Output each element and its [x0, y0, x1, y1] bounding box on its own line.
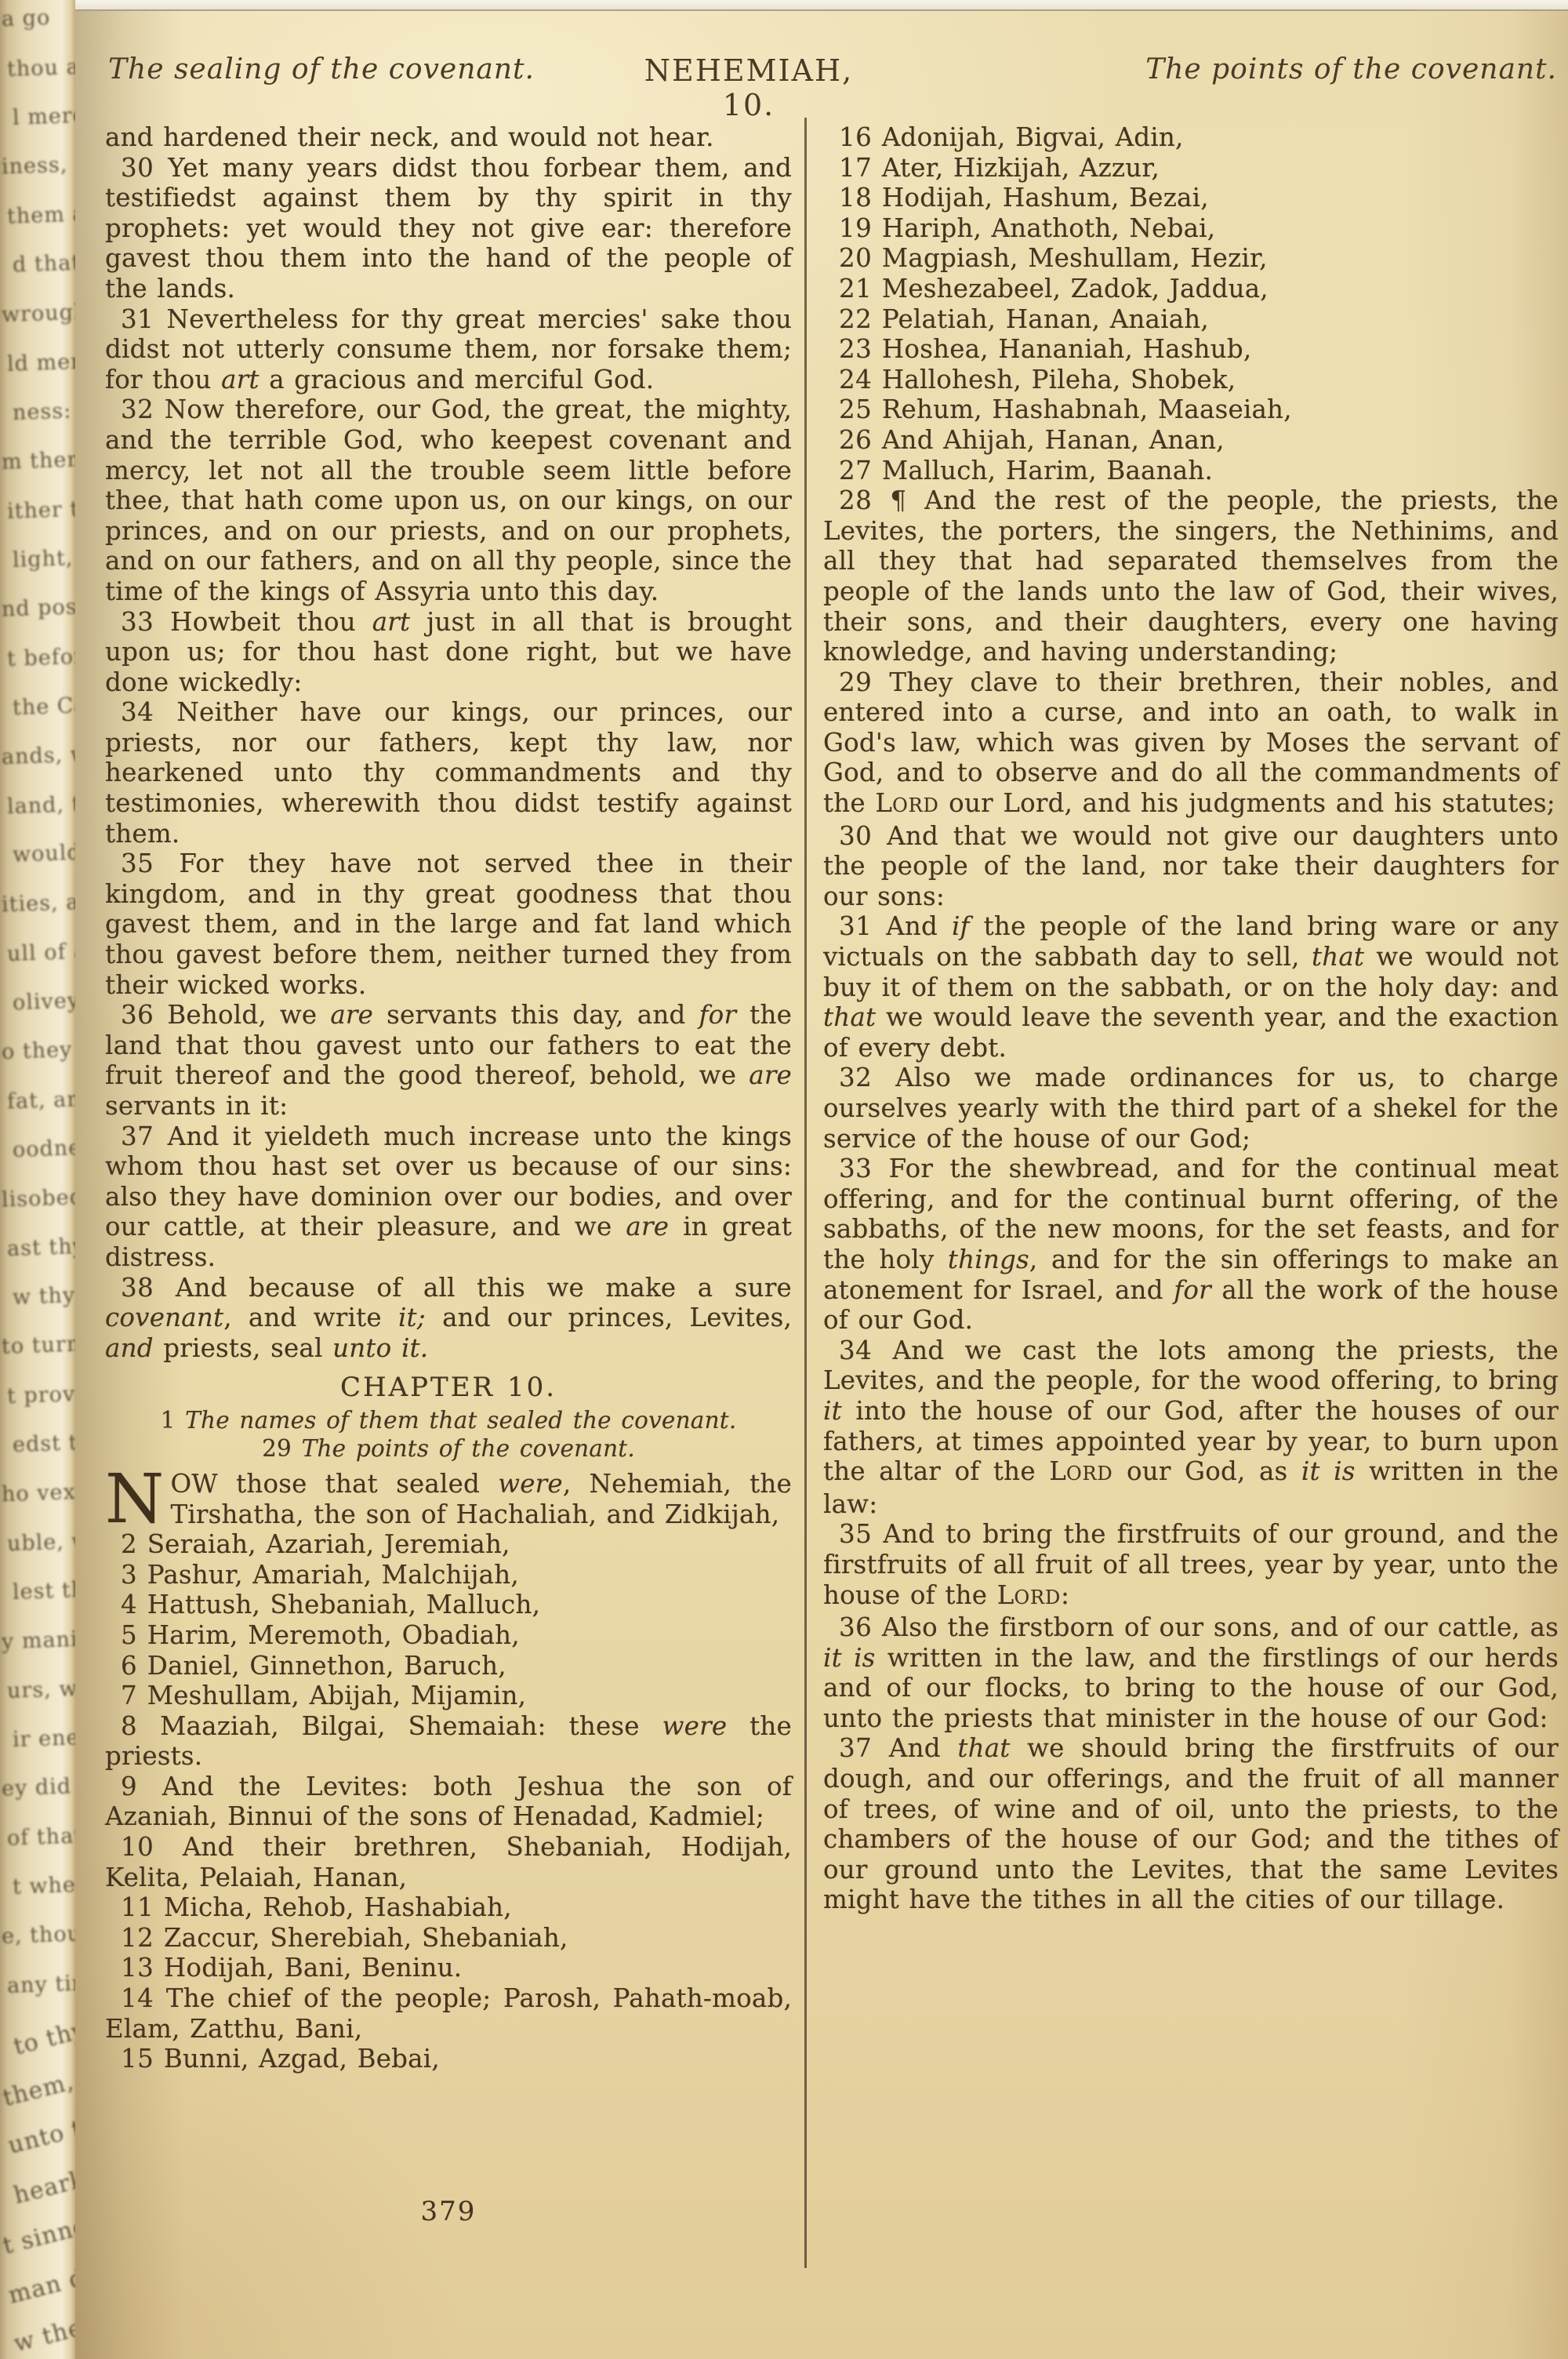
previous-page-text-fragment: the Cana	[12, 692, 75, 721]
previous-page-text-fragment: ast thy l	[6, 1234, 75, 1261]
previous-page-text-fragment: thou art	[6, 54, 75, 82]
verse-paragraph: NOW those that sealed were, Nehemiah, th…	[105, 1469, 792, 1529]
verse-number: 10	[121, 1832, 154, 1862]
verse-paragraph: 3 Pashur, Amariah, Malchijah,	[105, 1560, 792, 1590]
previous-page-text-fragment: e, thou	[1, 1921, 75, 1949]
previous-page-text-fragment: t before	[6, 644, 75, 671]
verse-number: 25	[839, 394, 872, 424]
verse-number: 37	[121, 1121, 154, 1151]
verse-paragraph: 25 Rehum, Hashabnah, Maaseiah,	[823, 394, 1559, 425]
previous-page-text-fragment: ey did	[1, 1774, 71, 1801]
verse-number: 29	[839, 667, 872, 697]
previous-page-text-fragment: w thy p	[12, 1282, 75, 1310]
verse-paragraph: 19 Hariph, Anathoth, Nebai,	[823, 213, 1559, 244]
verse-paragraph: 32 Now therefore, our God, the great, th…	[105, 394, 792, 606]
verse-number: 26	[839, 425, 872, 455]
verse-paragraph: 37 And that we should bring the firstfru…	[823, 1733, 1559, 1915]
column-divider	[804, 118, 807, 2268]
verse-paragraph: 26 And Ahijah, Hanan, Anan,	[823, 425, 1559, 456]
verse-number: 21	[839, 274, 872, 304]
verse-paragraph: 31 Nevertheless for thy great mercies' s…	[105, 304, 792, 395]
verse-number: 30	[121, 153, 154, 183]
verse-number: 23	[839, 334, 872, 364]
previous-page-text-fragment: hearkene	[11, 2154, 75, 2209]
verse-number: 38	[121, 1273, 154, 1303]
verse-paragraph: 23 Hoshea, Hananiah, Hashub,	[823, 334, 1559, 365]
previous-page-text-fragment: urs, wh	[6, 1676, 75, 1703]
verse-paragraph: 28 ¶ And the rest of the people, the pri…	[823, 485, 1559, 667]
verse-paragraph: 24 Hallohesh, Pileha, Shobek,	[823, 365, 1559, 395]
verse-number: 6	[121, 1651, 137, 1681]
verse-number: 20	[839, 243, 872, 273]
verse-number: 2	[121, 1529, 137, 1559]
verse-paragraph: 4 Hattush, Shebaniah, Malluch,	[105, 1590, 792, 1620]
drop-cap: N	[105, 1469, 170, 1527]
verse-number: 35	[121, 849, 154, 878]
previous-page-text-fragment: a go	[1, 5, 50, 31]
verse-number: 3	[121, 1560, 137, 1590]
verse-number: 9	[121, 1772, 137, 1801]
previous-page-text-fragment: oliveyard	[13, 987, 75, 1016]
previous-page-text-fragment: wrought	[1, 300, 75, 327]
previous-page-text-fragment: o they d	[1, 1037, 75, 1064]
verse-number: 18	[839, 183, 872, 213]
verse-number: 13	[121, 1953, 154, 1983]
verse-paragraph: 34 Neither have our kings, our princes, …	[105, 697, 792, 849]
previous-page-text-fragment: lisobedien	[2, 1183, 75, 1212]
previous-page-text-fragment: oodness	[12, 1135, 75, 1162]
verse-number: 27	[839, 456, 872, 485]
verse-paragraph: 36 Behold, we are servants this day, and…	[105, 1000, 792, 1121]
verse-number: 19	[839, 213, 872, 243]
previous-page-text-fragment: y manifo	[1, 1627, 75, 1654]
verse-number: 11	[121, 1892, 154, 1922]
previous-page-text-fragment: ir enemi	[12, 1725, 75, 1752]
verse-paragraph: 31 And if the people of the land bring w…	[823, 911, 1559, 1063]
verse-number: 35	[839, 1519, 872, 1549]
verse-number: 17	[839, 153, 872, 183]
previous-page-text-fragment: t when	[12, 1872, 75, 1899]
verse-paragraph: 29 They clave to their brethren, their n…	[823, 667, 1559, 821]
previous-page-edge: a gothou artl merciiness,them ad thatwro…	[0, 0, 75, 2359]
verse-number: 8	[121, 1711, 137, 1741]
scanned-bible-page: a gothou artl merciiness,them ad thatwro…	[0, 0, 1568, 2359]
verse-paragraph: 9 And the Levites: both Jeshua the son o…	[105, 1772, 792, 1832]
previous-page-text-fragment: man do, h	[5, 2252, 75, 2310]
chapter-summary-line: 1 The names of them that sealed the cove…	[105, 1406, 792, 1434]
right-column: 16 Adonijah, Bigvai, Adin,17 Ater, Hizki…	[823, 122, 1559, 1915]
verse-paragraph: 2 Seraiah, Azariah, Jeremiah,	[105, 1529, 792, 1560]
verse-paragraph: 5 Harim, Meremoth, Obadiah,	[105, 1620, 792, 1651]
previous-page-text-fragment: ness: th	[12, 398, 75, 425]
verse-paragraph: 10 And their brethren, Shebaniah, Hodija…	[105, 1832, 792, 1892]
previous-page-text-fragment: ld merc	[6, 349, 75, 376]
chapter-summary: 1 The names of them that sealed the cove…	[105, 1406, 792, 1463]
verse-number: 31	[121, 304, 154, 334]
previous-page-text-fragment: t provok	[6, 1381, 75, 1408]
verse-paragraph: 13 Hodijah, Bani, Beninu.	[105, 1953, 792, 1983]
previous-page-text-fragment: any tim	[6, 1971, 75, 1998]
verse-paragraph: 30 Yet many years didst thou forbear the…	[105, 153, 792, 304]
previous-page-text-fragment: ands, wi	[1, 742, 75, 769]
previous-page-text-fragment: ither th	[6, 496, 75, 524]
verse-paragraph: 30 And that we would not give our daught…	[823, 821, 1559, 912]
verse-number: 15	[121, 2044, 154, 2074]
verse-number: 24	[839, 365, 872, 394]
page-number: 379	[105, 2196, 792, 2227]
previous-page-text-fragment: ities, and	[2, 889, 75, 918]
scan-top-edge	[75, 0, 1568, 11]
verse-paragraph: 21 Meshezabeel, Zadok, Jaddua,	[823, 274, 1559, 304]
verse-paragraph: 15 Bunni, Azgad, Bebai,	[105, 2044, 792, 2074]
verse-number: 30	[839, 821, 872, 851]
verse-number: 34	[121, 697, 154, 727]
verse-paragraph: 27 Malluch, Harim, Baanah.	[823, 456, 1559, 486]
verse-paragraph: 35 For they have not served thee in thei…	[105, 849, 792, 1000]
verse-number: 14	[121, 1983, 154, 2013]
previous-page-text-fragment: to turn	[1, 1332, 75, 1359]
verse-number: 32	[839, 1063, 872, 1092]
verse-paragraph: 14 The chief of the people; Parosh, Paha…	[105, 1983, 792, 2044]
verse-number: 16	[839, 122, 872, 152]
chapter-summary-line: 29 The points of the covenant.	[105, 1434, 792, 1463]
verse-number: 36	[839, 1612, 872, 1642]
running-head-center: NEHEMIAH, 10.	[619, 53, 878, 122]
verse-paragraph: 18 Hodijah, Hashum, Bezai,	[823, 183, 1559, 213]
verse-paragraph: 33 For the shewbread, and for the contin…	[823, 1154, 1559, 1336]
verse-paragraph: 33 Howbeit thou art just in all that is …	[105, 607, 792, 698]
previous-page-text-fragment: uble, wh	[6, 1528, 75, 1556]
running-head-right: The points of the covenant.	[1019, 53, 1557, 85]
verse-number: 32	[121, 394, 154, 424]
verse-number: 31	[839, 911, 872, 941]
verse-paragraph: 7 Meshullam, Abijah, Mijamin,	[105, 1681, 792, 1711]
verse-number: 22	[839, 304, 872, 334]
verse-paragraph: 6 Daniel, Ginnethon, Baruch,	[105, 1651, 792, 1681]
previous-page-text-fragment: lest the	[12, 1577, 75, 1605]
previous-page-text-fragment: land, tha	[6, 791, 75, 820]
previous-page-text-fragment: fat, and d	[7, 1086, 75, 1114]
running-head-left: The sealing of the covenant.	[108, 53, 535, 85]
verse-paragraph: 20 Magpiash, Meshullam, Hezir,	[823, 243, 1559, 274]
verse-paragraph: 12 Zaccur, Sherebiah, Shebaniah,	[105, 1923, 792, 1954]
verse-paragraph: 16 Adonijah, Bigvai, Adin,	[823, 122, 1559, 153]
verse-number: 4	[121, 1590, 137, 1619]
chapter-heading: CHAPTER 10.	[105, 1372, 792, 1403]
verse-number: 36	[121, 1000, 154, 1030]
previous-page-text-fragment: w the sha	[11, 2302, 75, 2358]
verse-number: 33	[121, 607, 154, 637]
previous-page-text-fragment: edst the	[12, 1430, 75, 1457]
verse-paragraph: 36 Also the firstborn of our sons, and o…	[823, 1612, 1559, 1733]
verse-paragraph: 11 Micha, Rehob, Hashabiah,	[105, 1892, 792, 1923]
verse-paragraph: 17 Ater, Hizkijah, Azzur,	[823, 153, 1559, 184]
verse-number: 28	[839, 485, 872, 515]
verse-number: 7	[121, 1681, 137, 1710]
verse-paragraph: 38 And because of all this we make a sur…	[105, 1273, 792, 1364]
previous-page-text-fragment: them a	[6, 202, 75, 228]
previous-page-text-fragment: ull of all	[6, 939, 75, 966]
previous-page-text-fragment: iness,	[1, 153, 67, 180]
previous-page-text-fragment: to thy m	[11, 2008, 75, 2060]
verse-number: 37	[839, 1733, 872, 1763]
previous-page-text-fragment: light, a	[12, 545, 75, 572]
verse-paragraph: 22 Pelatiah, Hanan, Anaiah,	[823, 304, 1559, 335]
previous-page-text-fragment: ho vexed	[1, 1479, 75, 1507]
previous-page-text-fragment: t sinned a	[0, 2203, 75, 2260]
verse-paragraph: 32 Also we made ordinances for us, to ch…	[823, 1063, 1559, 1154]
verse-paragraph: 8 Maaziah, Bilgai, Shemaiah: these were …	[105, 1711, 792, 1772]
verse-paragraph: 35 And to bring the firstfruits of our g…	[823, 1519, 1559, 1612]
left-column: and hardened their neck, and would not h…	[105, 122, 792, 2074]
continuation-paragraph: and hardened their neck, and would not h…	[105, 122, 792, 153]
verse-number: 33	[839, 1154, 872, 1183]
verse-number: 34	[839, 1336, 872, 1365]
previous-page-text-fragment: of that	[6, 1823, 75, 1850]
previous-page-text-fragment: m them	[1, 447, 75, 474]
previous-page-text-fragment: nd pos	[1, 594, 75, 621]
previous-page-text-fragment: unto thy	[5, 2107, 75, 2160]
previous-page-text-fragment: would	[12, 840, 75, 867]
verse-paragraph: 37 And it yieldeth much increase unto th…	[105, 1121, 792, 1273]
previous-page-text-fragment: l merci	[12, 103, 75, 130]
verse-number: 12	[121, 1923, 154, 1953]
previous-page-text-fragment: them, tha	[0, 2056, 75, 2112]
verse-number: 5	[121, 1620, 137, 1650]
previous-page-text-fragment: d that	[12, 250, 75, 277]
verse-paragraph: 34 And we cast the lots among the priest…	[823, 1336, 1559, 1520]
